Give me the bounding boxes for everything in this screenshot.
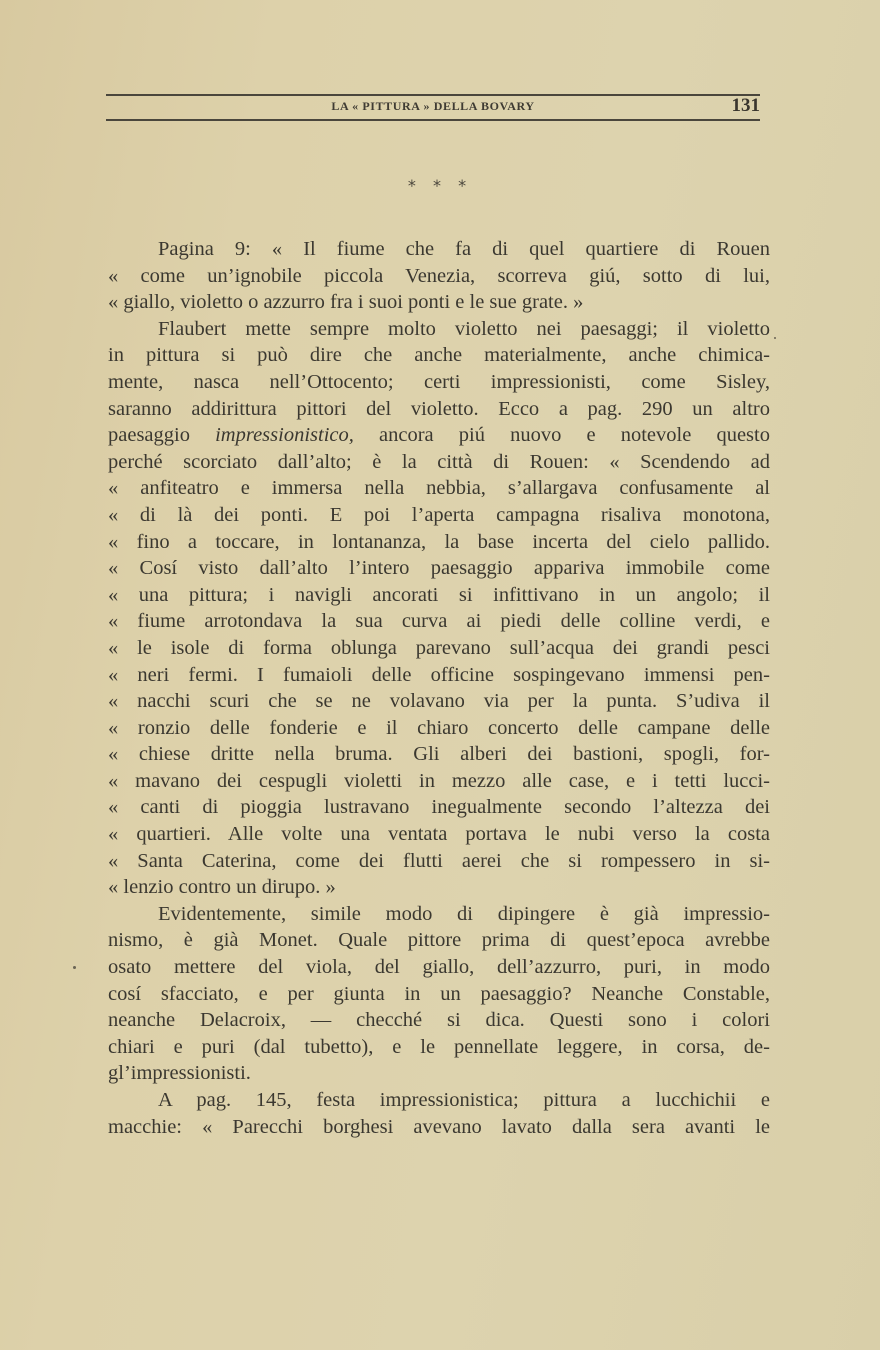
text-line: « le isole di forma oblunga parevano sul… [108, 635, 770, 662]
text-line: perché scorciato dall’alto; è la città d… [108, 449, 770, 476]
text-line: « Cosí visto dall’alto l’intero paesaggi… [108, 555, 770, 582]
body-text: Pagina 9: « Il fiume che fa di quel quar… [108, 236, 770, 1140]
text-line: « fiume arrotondava la sua curva ai pied… [108, 608, 770, 635]
paper-speck [73, 966, 76, 969]
text-line: « una pittura; i navigli ancorati si inf… [108, 582, 770, 609]
paper-speck [774, 337, 776, 339]
text-line: Pagina 9: « Il fiume che fa di quel quar… [108, 236, 770, 263]
text-line: « quartieri. Alle volte una ventata port… [108, 821, 770, 848]
text-line: « come un’ignobile piccola Venezia, scor… [108, 263, 770, 290]
book-page: LA « PITTURA » DELLA BOVARY 131 * * * Pa… [0, 0, 880, 1350]
text-line: nismo, è già Monet. Quale pittore prima … [108, 927, 770, 954]
text-line: « di là dei ponti. E poi l’aperta campag… [108, 502, 770, 529]
text-line: Evidentemente, simile modo di dipingere … [108, 901, 770, 928]
text-line: Flaubert mette sempre molto violetto nei… [108, 316, 770, 343]
text-line: saranno addirittura pittori del violetto… [108, 396, 770, 423]
text-line-with-italic: paesaggio impressionistico, ancora piú n… [108, 422, 770, 449]
text-line: « nacchi scuri che se ne volavano via pe… [108, 688, 770, 715]
running-title: LA « PITTURA » DELLA BOVARY [106, 99, 760, 114]
text-line: « chiese dritte nella bruma. Gli alberi … [108, 741, 770, 768]
text-line: mente, nasca nell’Ottocento; certi impre… [108, 369, 770, 396]
text-segment: paesaggio [108, 424, 215, 446]
text-segment: ancora piú nuovo e notevole questo [354, 424, 770, 446]
text-line: « anfiteatro e immersa nella nebbia, s’a… [108, 475, 770, 502]
text-line: neanche Delacroix, — checché si dica. Qu… [108, 1007, 770, 1034]
text-line: « Santa Caterina, come dei flutti aerei … [108, 848, 770, 875]
text-line: gl’impressionisti. [108, 1060, 770, 1087]
header-rule-top [106, 94, 760, 96]
text-line: in pittura si può dire che anche materia… [108, 342, 770, 369]
text-line: osato mettere del viola, del giallo, del… [108, 954, 770, 981]
section-break-asterisks: * * * [0, 176, 880, 195]
text-line: « mavano dei cespugli violetti in mezzo … [108, 768, 770, 795]
text-line: « neri fermi. I fumaioli delle officine … [108, 662, 770, 689]
text-line: chiari e puri (dal tubetto), e le pennel… [108, 1034, 770, 1061]
text-line: « lenzio contro un dirupo. » [108, 874, 770, 901]
text-line: « fino a toccare, in lontananza, la base… [108, 529, 770, 556]
page-header: LA « PITTURA » DELLA BOVARY 131 [106, 94, 760, 122]
text-line: « ronzio delle fonderie e il chiaro conc… [108, 715, 770, 742]
text-line: « giallo, violetto o azzurro fra i suoi … [108, 289, 770, 316]
header-rule-bottom [106, 119, 760, 121]
page-number: 131 [732, 95, 761, 117]
text-line: cosí sfacciato, e per giunta in un paesa… [108, 981, 770, 1008]
text-line: « canti di pioggia lustravano inegualmen… [108, 794, 770, 821]
text-line: macchie: « Parecchi borghesi avevano lav… [108, 1114, 770, 1141]
italic-term: impressionistico, [215, 424, 354, 446]
text-line: A pag. 145, festa impressionistica; pitt… [108, 1087, 770, 1114]
